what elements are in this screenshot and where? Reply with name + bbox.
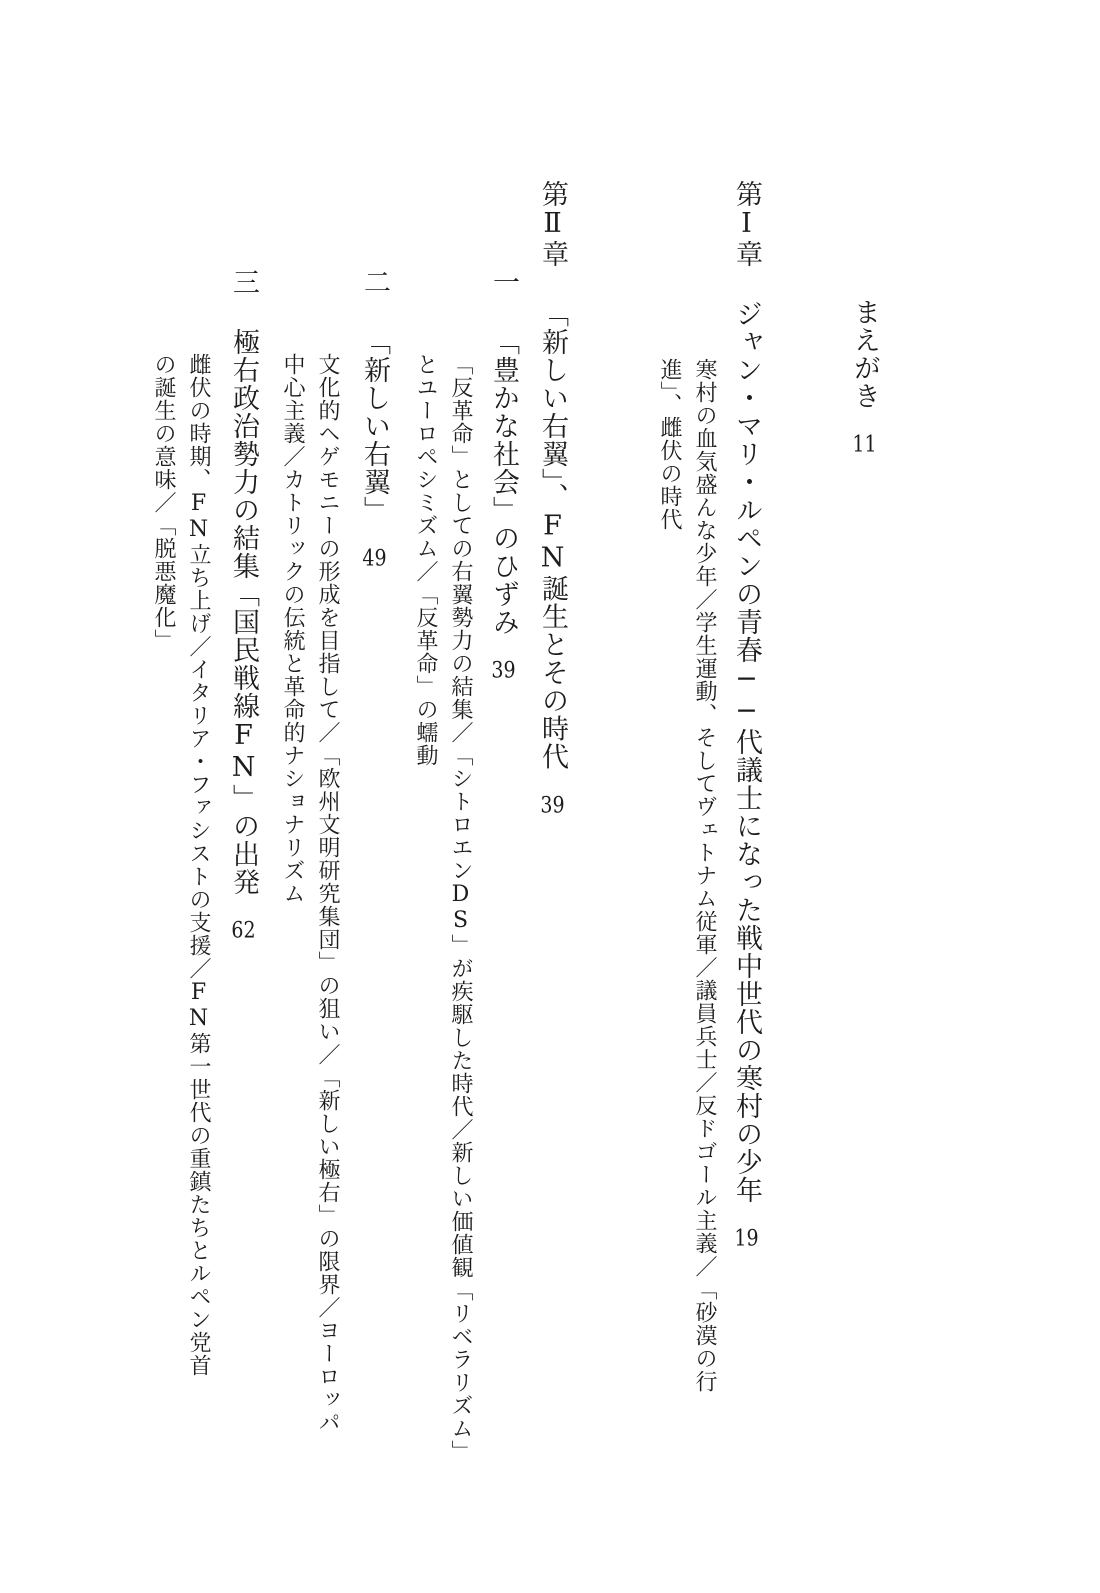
section-2-description: 文化的ヘゲモニーの形成を目指して／「欧州文明研究集団」の狙い／「新しい極右」の限… <box>275 353 345 1438</box>
section-1-number: 一 <box>488 268 519 296</box>
section-1-description-text: 「反革命」としての右翼勢力の結集／「シトロエンDS」が疾駆した時代／新しい価値観… <box>413 353 473 1452</box>
chapter-1-description-text: 寒村の血気盛んな少年／学生運動、そしてヴェトナム従軍／議員兵士／反ドゴール主義／… <box>657 358 717 1393</box>
section-3-description-text: 雌伏の時期、FN立ち上げ／イタリア・ファシストの支援／FN第一世代の重鎮たちとル… <box>151 353 211 1377</box>
chapter-1-description: 寒村の血気盛んな少年／学生運動、そしてヴェトナム従軍／議員兵士／反ドゴール主義／… <box>652 358 722 1398</box>
chapter-2-title: 「新しい右翼」、FN誕生とその時代 <box>537 300 568 771</box>
section-2-title: 「新しい右翼」 <box>359 328 390 524</box>
front-matter-title: まえがき <box>849 298 880 410</box>
chapter-2-label: 第Ⅱ章 <box>537 180 568 268</box>
toc-entry-section-2: 二「新しい右翼」49 <box>356 268 392 570</box>
toc-entry-section-3: 三極右政治勢力の結集「国民戦線FN」の出発62 <box>225 268 261 942</box>
section-3-description: 雌伏の時期、FN立ち上げ／イタリア・ファシストの支援／FN第一世代の重鎮たちとル… <box>146 353 216 1393</box>
section-3-number: 三 <box>228 268 259 296</box>
chapter-1-title: ジャン・マリ・ルペンの青春──代議士になった戦中世代の寒村の少年 <box>731 300 762 1204</box>
section-2-description-text: 文化的ヘゲモニーの形成を目指して／「欧州文明研究集団」の狙い／「新しい極右」の限… <box>280 353 340 1434</box>
section-3-page-number: 62 <box>231 920 256 942</box>
section-1-title: 「豊かな社会」のひずみ <box>488 328 519 636</box>
chapter-2-page-number: 39 <box>540 795 565 817</box>
chapter-1-page-number: 19 <box>734 1228 759 1250</box>
toc-entry-front-matter: まえがき11 <box>846 298 882 456</box>
section-3-title: 極右政治勢力の結集「国民戦線FN」の出発 <box>228 328 259 896</box>
toc-page: まえがき11 第Ⅰ章ジャン・マリ・ルペンの青春──代議士になった戦中世代の寒村の… <box>0 0 1100 1593</box>
section-2-number: 二 <box>359 268 390 296</box>
toc-entry-chapter-1: 第Ⅰ章ジャン・マリ・ルペンの青春──代議士になった戦中世代の寒村の少年19 <box>728 180 764 1250</box>
toc-entry-chapter-2: 第Ⅱ章「新しい右翼」、FN誕生とその時代39 <box>534 180 570 817</box>
section-1-description: 「反革命」としての右翼勢力の結集／「シトロエンDS」が疾駆した時代／新しい価値観… <box>408 353 478 1461</box>
section-2-page-number: 49 <box>362 548 387 570</box>
front-matter-page-number: 11 <box>852 434 877 456</box>
toc-entry-section-1: 一「豊かな社会」のひずみ39 <box>485 268 521 682</box>
section-1-page-number: 39 <box>491 660 516 682</box>
chapter-1-label: 第Ⅰ章 <box>731 180 762 268</box>
